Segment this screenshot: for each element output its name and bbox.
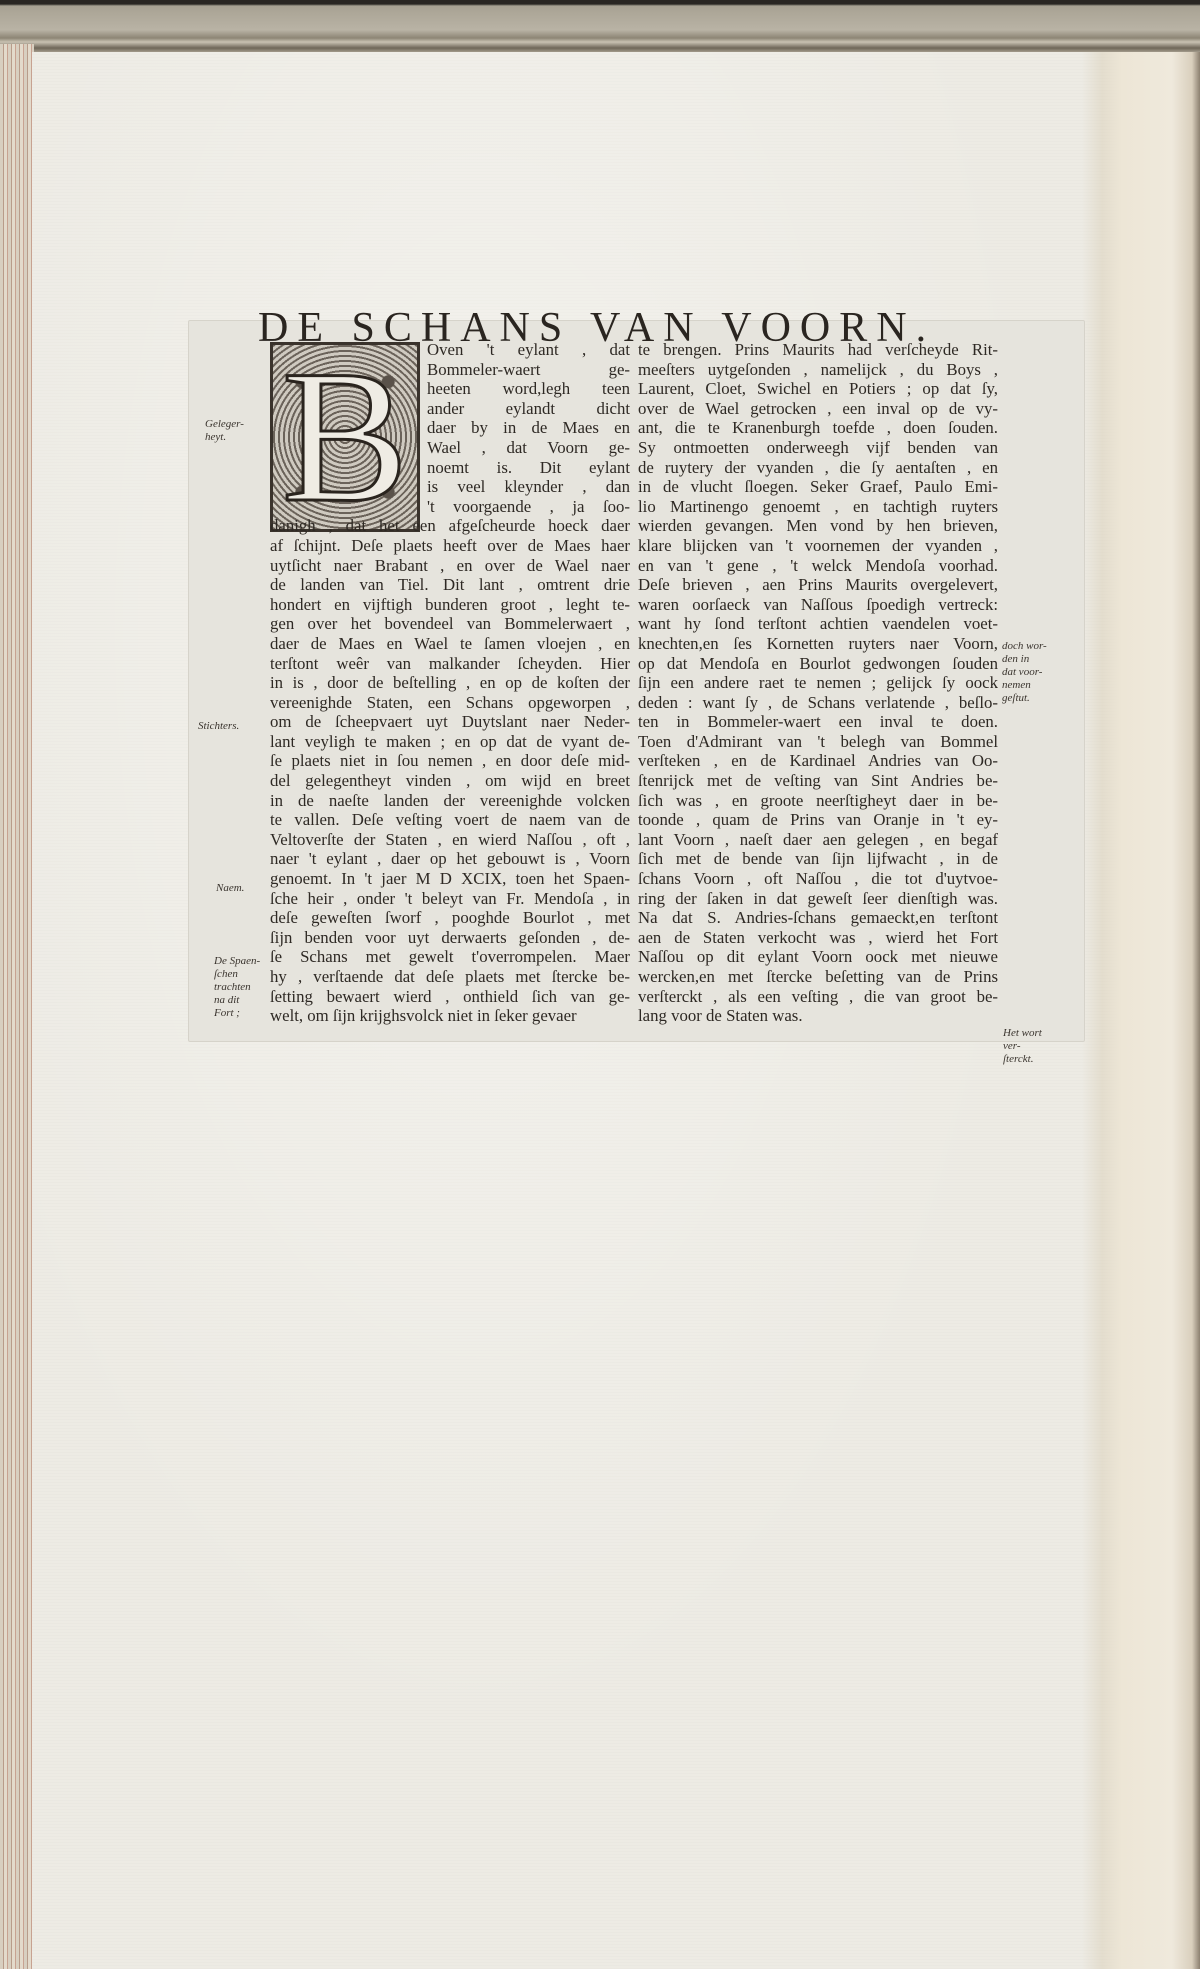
text-line: Na dat S. Andries-ſchans gemaeckt,en ter… [638, 908, 998, 928]
text-line: ſtenrijck met de veſting van Sint Andrie… [638, 771, 998, 791]
text-line: de ruytery der vyanden , die ſy aentaſte… [638, 458, 998, 478]
text-line: welt, om ſijn krijghsvolck niet in ſeker… [270, 1006, 630, 1026]
text-line: hy , verſtaende dat deſe plaets met ſter… [270, 967, 630, 987]
text-line: ſchans Voorn , oft Naſſou , die tot d'uy… [638, 869, 998, 889]
margin-note-stichters: Stichters. [198, 720, 239, 733]
text-line: ant, die te Kranenburgh toefde , doen ſo… [638, 418, 998, 438]
text-line: terſtont weêr van malkander ſcheyden. Hi… [270, 654, 630, 674]
text-line: Toen d'Admirant van 't belegh van Bommel [638, 732, 998, 752]
text-line: op dat Mendoſa en Bourlot gedwongen ſoud… [638, 654, 998, 674]
margin-note-het-wort: Het wort ver- ſterckt. [1003, 1027, 1042, 1066]
text-line: 't voorgaende , ja ſoo- [270, 497, 630, 517]
text-line: toonde , quam de Prins van Oranje in 't … [638, 810, 998, 830]
text-line: ſe plaets niet in ſou nemen , en door de… [270, 751, 630, 771]
text-line: noemt is. Dit eylant [270, 458, 630, 478]
text-line: Veltoverſte der Staten , en wierd Naſſou… [270, 830, 630, 850]
text-line: ring der ſaken in dat geweſt ſeer dienſt… [638, 889, 998, 909]
text-line: af ſchijnt. Deſe plaets heeft over de Ma… [270, 536, 630, 556]
text-line: daer by in de Maes en [270, 418, 630, 438]
text-line: waren oorſaeck van Naſſous ſpoedigh vert… [638, 595, 998, 615]
text-line: naer 't eylant , daer op het gebouwt is … [270, 849, 630, 869]
book-binding-top [0, 0, 1200, 52]
text-line: genoemt. In 't jaer M D XCIX, toen het S… [270, 869, 630, 889]
text-line: Deſe brieven , aen Prins Maurits overgel… [638, 575, 998, 595]
text-line: te brengen. Prins Maurits had verſcheyde… [638, 340, 998, 360]
text-line: ſich met de bende van ſijn lijfwacht , i… [638, 849, 998, 869]
text-line: te vallen. Deſe veſting voert de naem va… [270, 810, 630, 830]
text-line: Wael , dat Voorn ge- [270, 438, 630, 458]
text-line: in de vlucht ſloegen. Seker Graef, Paulo… [638, 477, 998, 497]
text-line: wierden gevangen. Men vond by hen brieve… [638, 516, 998, 536]
text-line: ſche heir , onder 't beleyt van Fr. Mend… [270, 889, 630, 909]
book-gutter-right [1082, 52, 1200, 1969]
text-line: klare blijcken van 't voornemen der vyan… [638, 536, 998, 556]
text-line: heeten word,legh teen [270, 379, 630, 399]
text-line: want hy ſond terſtont achtien vaendelen … [638, 614, 998, 634]
text-line: lang voor de Staten was. [638, 1006, 998, 1026]
text-line: lio Martinengo genoemt , en tachtigh ruy… [638, 497, 998, 517]
margin-note-naem: Naem. [216, 882, 244, 895]
text-line: uytſicht naer Brabant , en over de Wael … [270, 556, 630, 576]
text-line: in de naeſte landen der vereenighde volc… [270, 791, 630, 811]
text-column-left: Oven 't eylant , datBommeler-waert ge-he… [270, 340, 630, 1026]
text-line: ten in Bommeler-waert een inval te doen. [638, 712, 998, 732]
text-line: ſe Schans met gewelt t'overrompelen. Mae… [270, 947, 630, 967]
text-line: in is , door de beſtelling , en op de ko… [270, 673, 630, 693]
text-column-right: te brengen. Prins Maurits had verſcheyde… [638, 340, 998, 1026]
text-line: del gelegentheyt vinden , om wijd en bre… [270, 771, 630, 791]
text-line: hondert en vijftigh bunderen groot , leg… [270, 595, 630, 615]
text-line: om de ſcheepvaert uyt Duytslant naer Ned… [270, 712, 630, 732]
text-line: meeſters uytgeſonden , namelijck , du Bo… [638, 360, 998, 380]
text-line: Naſſou op dit eylant Voorn oock met nieu… [638, 947, 998, 967]
text-line: knechten,en ſes Kornetten ruyters naer V… [638, 634, 998, 654]
text-line: Sy ontmoetten onderweegh vijf benden van [638, 438, 998, 458]
text-line: verſteken , en de Kardinael Andries van … [638, 751, 998, 771]
text-line: de landen van Tiel. Dit lant , omtrent d… [270, 575, 630, 595]
text-line: Bommeler-waert ge- [270, 360, 630, 380]
text-line: verſterckt , als een veſting , die van g… [638, 987, 998, 1007]
text-line: over de Wael getrocken , een inval op de… [638, 399, 998, 419]
text-line: ſetting bewaert wierd , onthield ſich va… [270, 987, 630, 1007]
text-line: is veel kleynder , dan [270, 477, 630, 497]
text-line: Laurent, Cloet, Swichel en Potiers ; op … [638, 379, 998, 399]
text-line: wercken,en met ſtercke beſetting van de … [638, 967, 998, 987]
text-line: deden : want ſy , de Schans verlatende ,… [638, 693, 998, 713]
margin-note-doch-worden: doch wor- den in dat voor- nemen geſtut. [1002, 640, 1047, 705]
text-line: en van 't gene , 't welck Mendoſa voorha… [638, 556, 998, 576]
text-line: Oven 't eylant , dat [270, 340, 630, 360]
text-line: daer de Maes en Wael te ſamen vloejen , … [270, 634, 630, 654]
text-line: ſich was , en groote neerſtigheyt daer i… [638, 791, 998, 811]
text-line: lant veyligh te maken ; en op dat de vya… [270, 732, 630, 752]
text-line: aen de Staten verkocht was , wierd het F… [638, 928, 998, 948]
page-edges-left [0, 44, 34, 1969]
text-line: danigh , dat het een afgeſcheurde hoeck … [270, 516, 630, 536]
text-line: ſijn een andere raet te nemen ; gelijck … [638, 673, 998, 693]
text-line: gen over het bovendeel van Bommelerwaert… [270, 614, 630, 634]
text-line: ſijn benden voor uyt derwaerts geſonden … [270, 928, 630, 948]
text-line: lant Voorn , naeſt daer aen gelegen , en… [638, 830, 998, 850]
text-line: vereenighde Staten, een Schans opgeworpe… [270, 693, 630, 713]
margin-note-spaenschen: De Spaen- ſchen trachten na dit Fort ; [214, 955, 260, 1020]
text-line: deſe geweſten ſworf , pooghde Bourlot , … [270, 908, 630, 928]
text-line: ander eylandt dicht [270, 399, 630, 419]
margin-note-gelegenheyt: Geleger- heyt. [205, 418, 244, 444]
